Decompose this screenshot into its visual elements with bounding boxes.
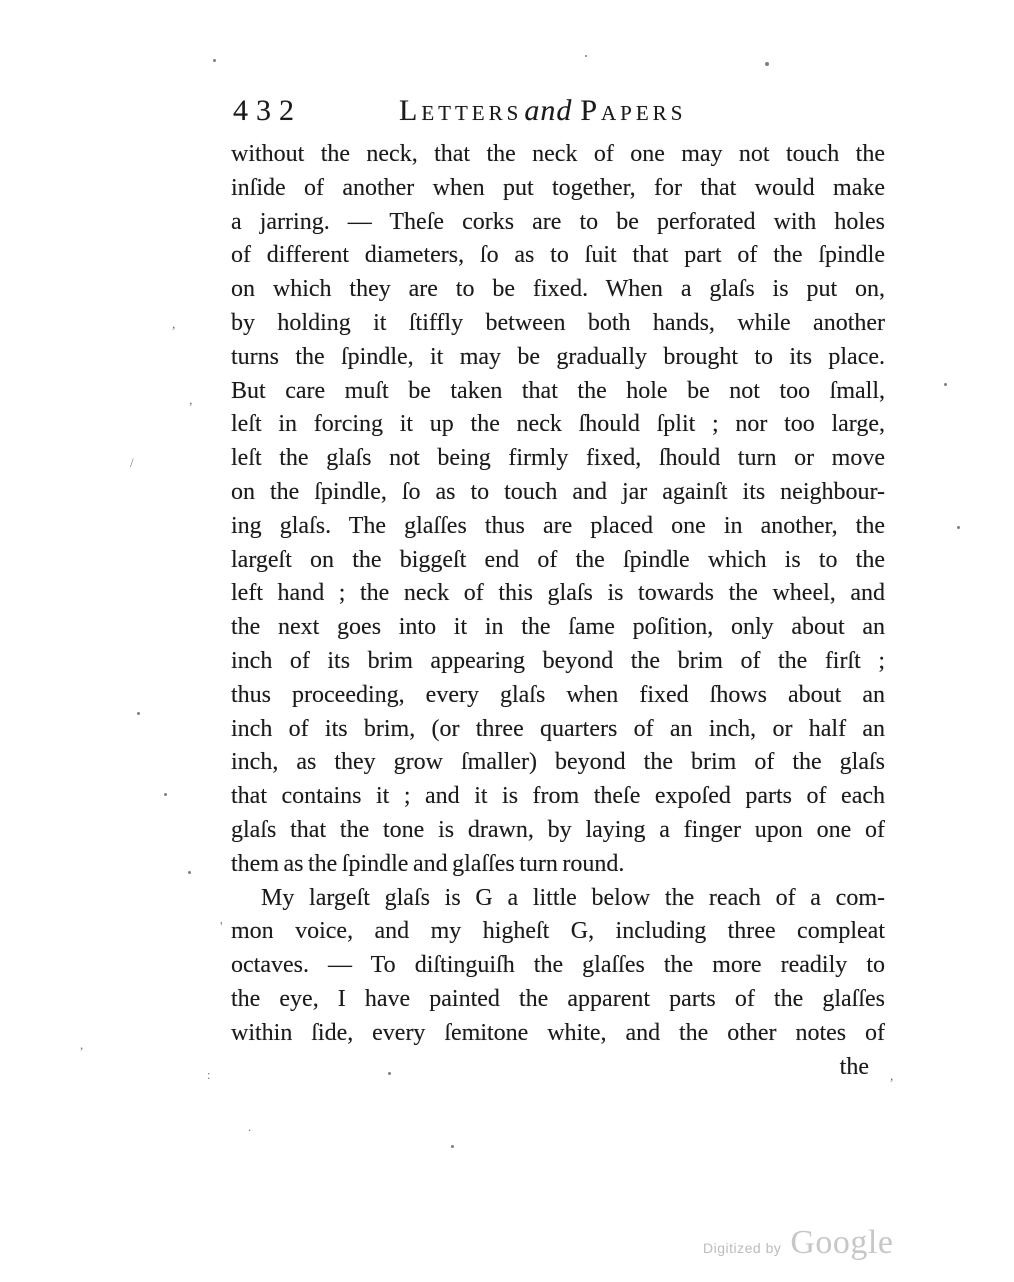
ink-speck bbox=[944, 383, 947, 386]
ink-speck: , bbox=[80, 1038, 83, 1051]
running-title-conjunction: and bbox=[524, 94, 572, 127]
digitized-by-label: Digitized by bbox=[703, 1240, 781, 1256]
running-title: LettersandPapers bbox=[399, 94, 686, 128]
ink-speck: , bbox=[890, 1070, 894, 1084]
text-body: without the neck, that the neck of one m… bbox=[231, 138, 885, 1051]
text-line: the next goes into it in the ſame poſiti… bbox=[231, 611, 885, 645]
text-line: without the neck, that the neck of one m… bbox=[231, 138, 885, 172]
text-line: on which they are to be fixed. When a gl… bbox=[231, 273, 885, 307]
catchword: the bbox=[231, 1051, 885, 1085]
text-line: leſt the glaſs not being firmly fixed, ſ… bbox=[231, 442, 885, 476]
text-line: within ſide, every ſemitone white, and t… bbox=[231, 1017, 885, 1051]
ink-speck: . bbox=[248, 1120, 251, 1133]
text-line: turns the ſpindle, it may be gradually b… bbox=[231, 341, 885, 375]
ink-speck bbox=[213, 59, 216, 62]
ink-speck bbox=[585, 55, 587, 57]
ink-speck: ' bbox=[220, 921, 223, 935]
text-line: inch of its brim, (or three quarters of … bbox=[231, 713, 885, 747]
ink-speck bbox=[765, 62, 769, 66]
text-line: of different diameters, ſo as to ſuit th… bbox=[231, 239, 885, 273]
scanned-book-page: 432 LettersandPapers without the neck, t… bbox=[0, 0, 1014, 1282]
ink-speck: / bbox=[130, 456, 134, 469]
text-line: But care muſt be taken that the hole be … bbox=[231, 375, 885, 409]
watermark: Digitized by Google bbox=[703, 1224, 893, 1262]
ink-speck: : bbox=[207, 1068, 211, 1081]
google-logo: Google bbox=[790, 1224, 893, 1262]
text-line: left hand ; the neck of this glaſs is to… bbox=[231, 577, 885, 611]
ink-speck: , bbox=[172, 318, 176, 332]
text-line: a jarring. — Theſe corks are to be perfo… bbox=[231, 206, 885, 240]
text-line: by holding it ſtiffly between both hands… bbox=[231, 307, 885, 341]
text-line: them as the ſpindle and glaſſes turn rou… bbox=[231, 848, 885, 882]
page-number: 432 bbox=[233, 94, 302, 128]
text-line: that contains it ; and it is from theſe … bbox=[231, 780, 885, 814]
running-title-right: Papers bbox=[580, 94, 686, 127]
text-line: glaſs that the tone is drawn, by laying … bbox=[231, 814, 885, 848]
text-line: octaves. — To diſtinguiſh the glaſſes th… bbox=[231, 949, 885, 983]
text-line: My largeſt glaſs is G a little below the… bbox=[231, 882, 885, 916]
text-line: leſt in forcing it up the neck ſhould ſp… bbox=[231, 408, 885, 442]
text-line: ing glaſs. The glaſſes thus are placed o… bbox=[231, 510, 885, 544]
ink-speck bbox=[137, 712, 140, 715]
running-title-left: Letters bbox=[399, 94, 522, 127]
ink-speck: , bbox=[189, 394, 193, 408]
text-line: thus proceeding, every glaſs when fixed … bbox=[231, 679, 885, 713]
text-line: inſide of another when put together, for… bbox=[231, 172, 885, 206]
ink-speck bbox=[188, 871, 191, 874]
ink-speck bbox=[451, 1145, 454, 1148]
text-line: the eye, I have painted the apparent par… bbox=[231, 983, 885, 1017]
text-line: mon voice, and my higheſt G, including t… bbox=[231, 915, 885, 949]
text-line: on the ſpindle, ſo as to touch and jar a… bbox=[231, 476, 885, 510]
text-line: largeſt on the biggeſt end of the ſpindl… bbox=[231, 544, 885, 578]
ink-speck bbox=[164, 793, 167, 796]
running-header: 432 LettersandPapers bbox=[231, 94, 885, 130]
ink-speck bbox=[957, 526, 960, 529]
text-line: inch of its brim appearing beyond the br… bbox=[231, 645, 885, 679]
text-line: inch, as they grow ſmaller) beyond the b… bbox=[231, 746, 885, 780]
